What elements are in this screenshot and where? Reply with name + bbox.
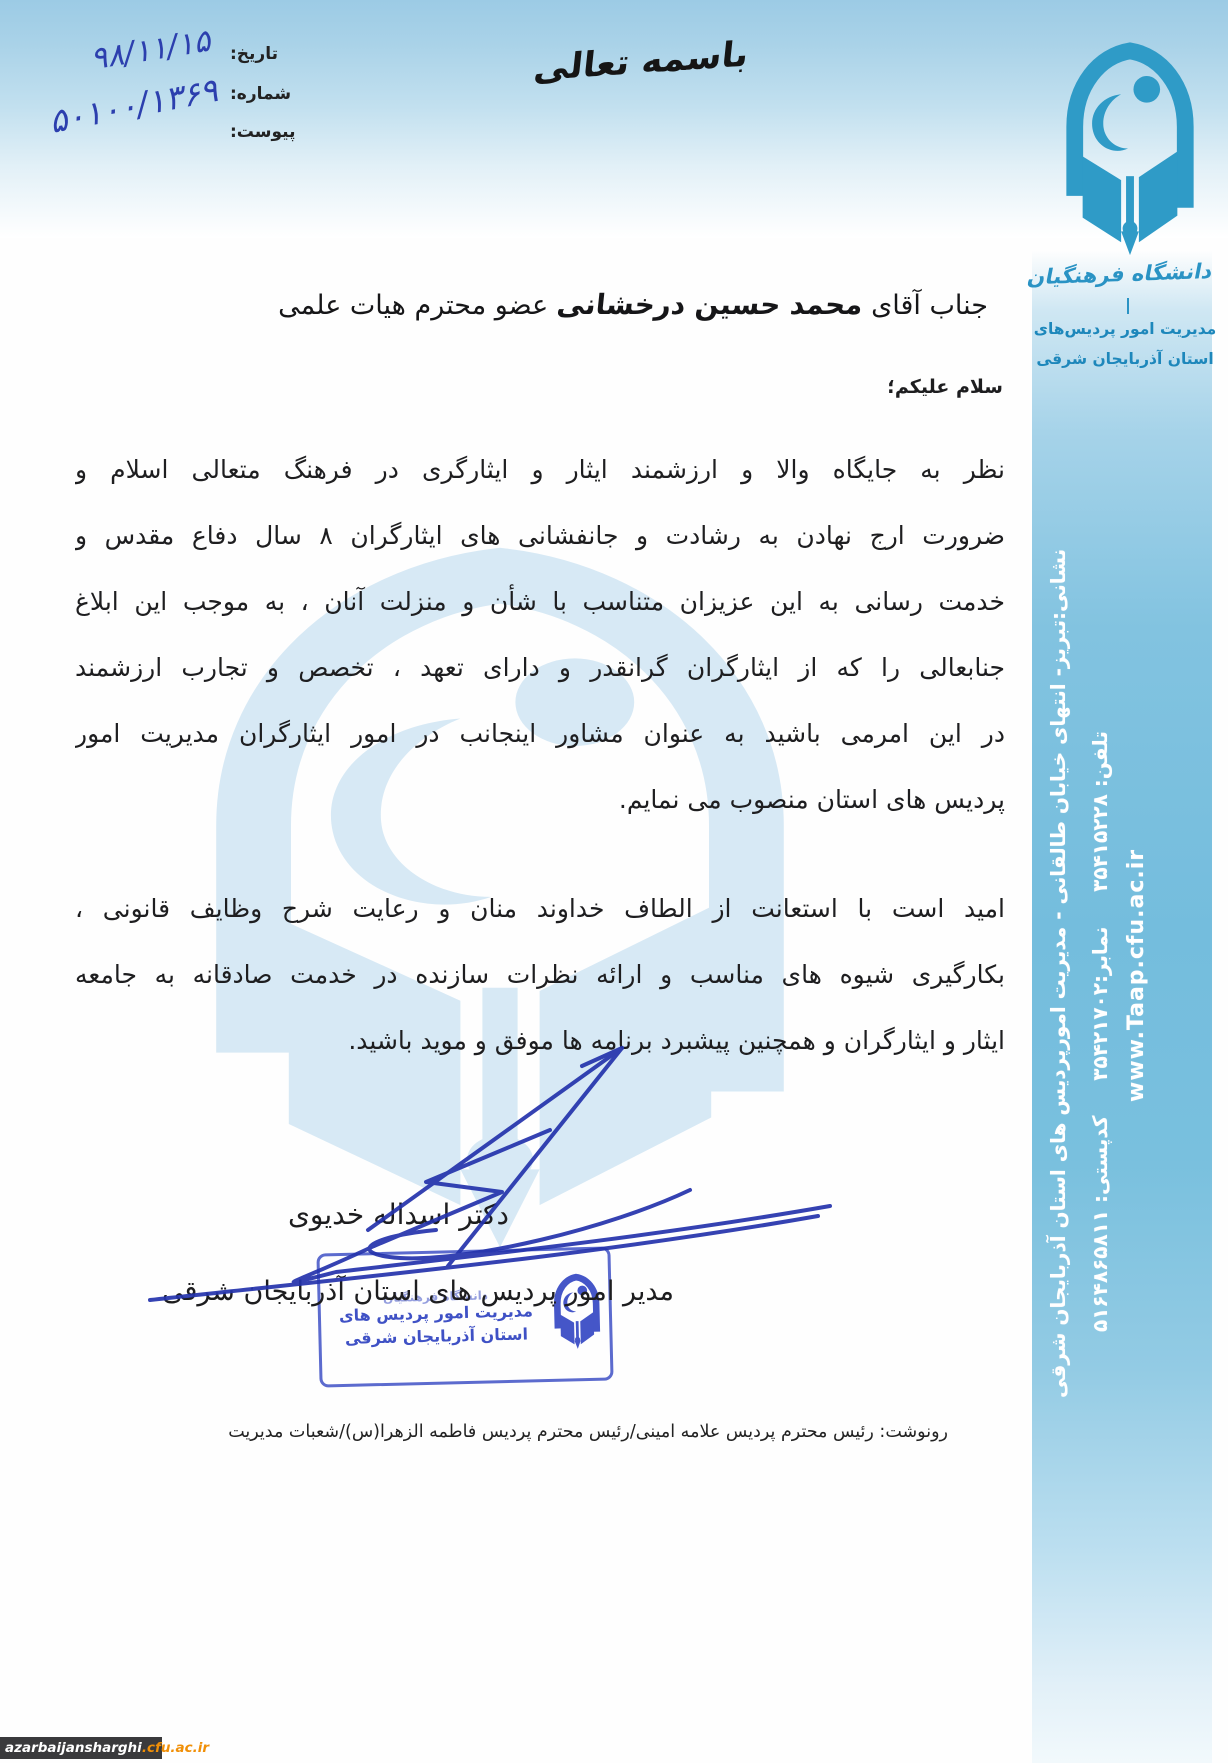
side-band-address: نشانی:تبریز- انتهای خیابان طالقانی - مدی… — [1046, 549, 1070, 1398]
paragraph1-line: خدمت رسانی به این عزیزان متناسب با شأن و… — [75, 569, 1005, 635]
side-band-website: www.Taap.cfu.ac.ir — [1124, 849, 1149, 1102]
paragraph1-line: نظر به جایگاه والا و ارزشمند ایثار و ایث… — [75, 437, 1005, 503]
side-band-contact: تلفن: ۳۵۴۱۵۲۲۸ نمابر:۳۵۴۲۱۷۰۲ کدپستی: ۵۱… — [1088, 731, 1112, 1332]
signer-title: مدیر امور پردیس های استان آذربایجان شرقی — [162, 1276, 674, 1307]
footer-watermark-bar: azarbaijansharghi.cfu.ac.ir — [0, 1737, 162, 1759]
stamp-line-3: استان آذربایجان شرقی — [327, 1324, 545, 1348]
signer-name: دکتر اسداله خدیوی — [288, 1198, 509, 1231]
dept-line-1: مدیریت امور پردیس‌های — [1030, 320, 1220, 338]
dept-line-2: استان آذربایجان شرقی — [1030, 350, 1220, 368]
paragraph1-line: ضرورت ارج نهادن به رشادت و جانفشانی های … — [75, 503, 1005, 569]
attachment-label: پیوست: — [230, 122, 330, 142]
paragraph1-line: جنابعالی را که از ایثارگران گرانقدر و دا… — [75, 635, 1005, 701]
footer-site-domain: .cfu.ac.ir — [142, 1740, 209, 1756]
footer-site-name: azarbaijansharghi — [5, 1740, 142, 1756]
paragraph1-line: در این امرمی باشید به عنوان مشاور اینجان… — [75, 701, 1005, 767]
office-stamp: دانشگاه فرهنگیان مدیریت امور پردیس های ا… — [316, 1246, 613, 1387]
addressee-prefix: جناب آقای — [863, 290, 988, 321]
paragraph2-line: ایثار و ایثارگران و همچنین پیشبرد برنامه… — [75, 1008, 1005, 1074]
university-logo-icon — [1056, 40, 1204, 262]
paragraph2-line: بکارگیری شیوه های مناسب و ارائه نظرات سا… — [75, 942, 1005, 1008]
addressee-suffix: عضو محترم هیات علمی — [278, 290, 557, 321]
paragraph1-line: پردیس های استان منصوب می نمایم. — [75, 767, 1005, 833]
body-paragraph-2: امید است با استعانت از الطاف خداوند منان… — [75, 876, 1005, 1074]
scanned-letter-page: نشانی:تبریز- انتهای خیابان طالقانی - مدی… — [0, 0, 1228, 1763]
addressee-name: محمد حسین درخشانی — [555, 288, 864, 321]
number-label: شماره: — [230, 84, 330, 104]
calligraphy-tail-mark — [1127, 298, 1129, 314]
salutation: سلام علیکم؛ — [887, 376, 1003, 398]
date-label: تاریخ: — [230, 44, 330, 64]
body-paragraph-1: نظر به جایگاه والا و ارزشمند ایثار و ایث… — [75, 437, 1005, 833]
addressee-line: جناب آقای محمد حسین درخشانی عضو محترم هی… — [278, 288, 988, 321]
cc-line: رونوشت: رئیس محترم پردیس علامه امینی/رئی… — [228, 1422, 948, 1442]
paragraph2-line: امید است با استعانت از الطاف خداوند منان… — [75, 876, 1005, 942]
